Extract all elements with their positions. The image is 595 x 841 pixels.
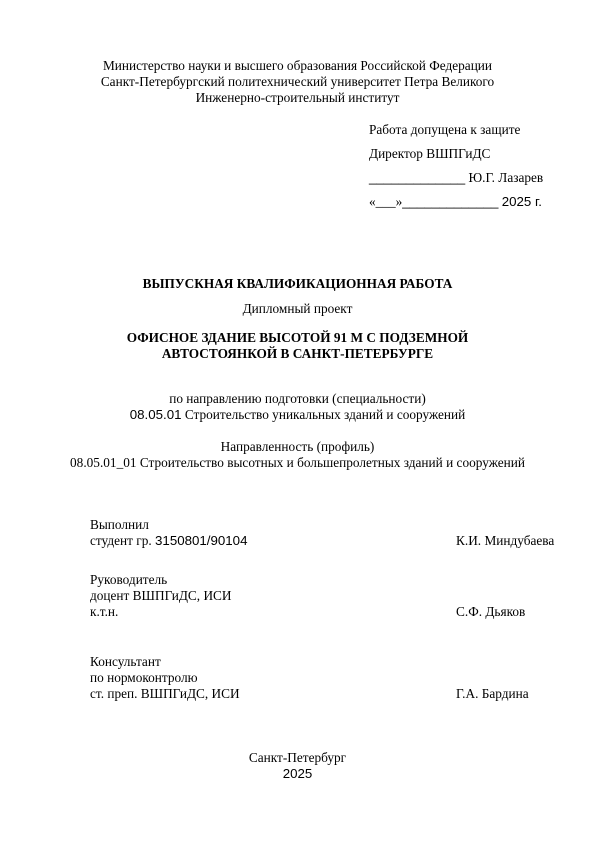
group-prefix: студент гр.	[90, 533, 155, 548]
director-name: Ю.Г. Лазарев	[468, 170, 543, 185]
work-type-title: ВЫПУСКНАЯ КВАЛИФИКАЦИОННАЯ РАБОТА	[0, 276, 595, 292]
signatory-name: С.Ф. Дьяков	[456, 604, 525, 620]
university-name: Санкт-Петербургский политехнический унив…	[0, 74, 595, 90]
topic-line-2: АВТОСТОЯНКОЙ В САНКТ-ПЕТЕРБУРГЕ	[0, 346, 595, 362]
group-number: 3150801/90104	[155, 533, 247, 548]
ministry-name: Министерство науки и высшего образования…	[0, 58, 595, 74]
direction-label: по направлению подготовки (специальности…	[0, 391, 595, 407]
profile-value: 08.05.01_01 Строительство высотных и бол…	[0, 455, 595, 471]
signatory-position: ст. преп. ВШПГиДС, ИСИ	[90, 686, 240, 702]
profile-label: Направленность (профиль)	[0, 439, 595, 455]
direction-value: 08.05.01 Строительство уникальных зданий…	[0, 407, 595, 423]
date-month-blank: _____________	[402, 194, 498, 209]
direction-code: 08.05.01	[130, 407, 182, 422]
signatory-degree: к.т.н.	[90, 604, 118, 620]
signatory-role: Консультант	[90, 654, 161, 670]
signatory-position: доцент ВШПГиДС, ИСИ	[90, 588, 232, 604]
direction-name: Строительство уникальных зданий и сооруж…	[185, 407, 465, 422]
institute-name: Инженерно-строительный институт	[0, 90, 595, 106]
footer-year: 2025	[0, 766, 595, 782]
approval-date-line: «___»_____________ 2025 г.	[369, 194, 542, 210]
footer-city: Санкт-Петербург	[0, 750, 595, 766]
signatory-role: Руководитель	[90, 572, 167, 588]
student-group: студент гр. 3150801/90104	[90, 533, 247, 549]
work-subtype: Дипломный проект	[0, 301, 595, 317]
approval-line: Работа допущена к защите	[369, 122, 520, 138]
signatory-role: Выполнил	[90, 517, 149, 533]
approval-year: 2025 г.	[502, 194, 542, 209]
director-title: Директор ВШПГиДС	[369, 146, 490, 162]
signature-blank: _____________	[369, 170, 465, 185]
director-signature-line: _____________ Ю.Г. Лазарев	[369, 170, 543, 186]
date-day-blank: «___»	[369, 194, 402, 209]
profile-code: 08.05.01_01	[70, 455, 136, 470]
profile-name: Строительство высотных и большепролетных…	[140, 455, 525, 470]
signatory-specialty: по нормоконтролю	[90, 670, 198, 686]
signatory-name: К.И. Миндубаева	[456, 533, 554, 549]
signatory-name: Г.А. Бардина	[456, 686, 529, 702]
topic-line-1: ОФИСНОЕ ЗДАНИЕ ВЫСОТОЙ 91 М С ПОДЗЕМНОЙ	[0, 330, 595, 346]
